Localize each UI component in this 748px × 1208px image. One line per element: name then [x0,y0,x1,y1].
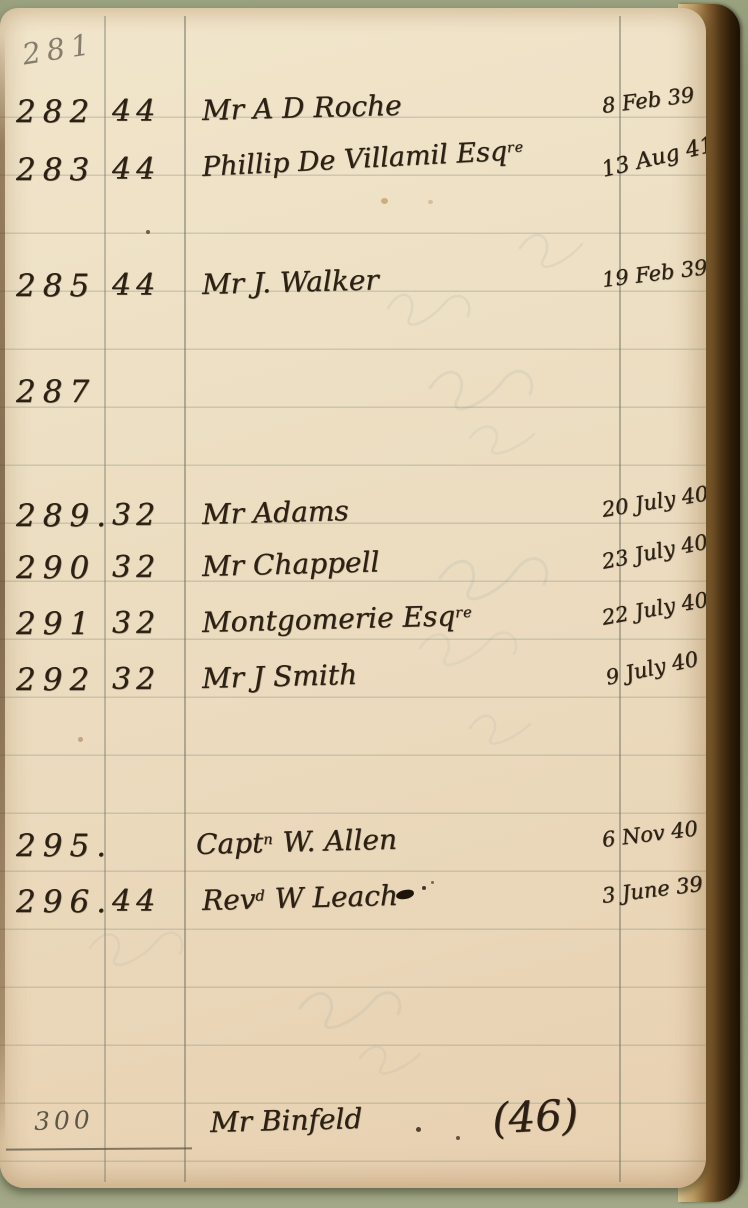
entry-name: Mr Chappell [202,545,380,583]
entry-number: 290 [16,550,96,586]
entry-name: Revd W Leach [202,879,399,917]
ledger-row-295: 295. Captn W. Allen 6 Nov 40 [0,828,706,886]
entry-number: 291 [16,606,96,642]
entry-number: 296. [16,884,113,920]
ledger-paper: 281 282 44 Mr A D Roche 8 Feb 39 283 44 … [0,8,706,1188]
entry-name: Mr J. Walker [202,263,380,301]
entry-number: 295. [16,828,113,864]
entry-name: Mr J Smith [202,658,358,695]
ink-speck [146,230,150,234]
entry-number-pencil: 300 [34,1105,95,1136]
entry-number: 282 [16,94,96,130]
ledger-row-291: 291 32 Montgomerie Esqre 22 July 40 [0,606,706,664]
entry-col2: 32 [112,662,160,697]
entry-col2: 32 [112,550,160,585]
ledger-row-296: 296. 44 Revd W Leach 3 June 39 [0,884,706,942]
ledger-row-290: 290 32 Mr Chappell 23 July 40 [0,550,706,608]
entry-number: 287 [16,374,96,410]
entry-name: Mr Binfeld [210,1102,363,1139]
ledger-row-300: 300 Mr Binfeld [0,1106,706,1164]
bottom-annotation: (46) [491,1090,580,1143]
ledger-row-283: 283 44 Phillip De Villamil Esqre 13 Aug … [0,152,706,210]
scanned-ledger-page: 281 282 44 Mr A D Roche 8 Feb 39 283 44 … [0,0,748,1208]
entry-number: 285 [16,268,96,304]
entry-name: Mr Adams [202,494,350,531]
ledger-row-287: 287 [0,374,706,432]
entry-col2: 44 [112,94,160,129]
paper-stain [78,737,83,742]
entry-col2: 32 [112,606,160,641]
entry-name: Captn W. Allen [196,823,398,861]
entry-number: 289. [16,498,113,534]
entry-col2: 32 [112,498,160,533]
entry-number: 292 [16,662,96,698]
ledger-row-281: 281 [0,32,706,90]
entry-col2: 44 [112,152,160,187]
ledger-row-285: 285 44 Mr J. Walker 19 Feb 39 [0,268,706,326]
entry-number: 283 [16,152,96,188]
entry-name: Montgomerie Esqre [202,599,474,639]
entry-number-pencil: 281 [20,26,98,71]
entry-name: Mr A D Roche [202,89,402,127]
entry-col2: 44 [112,268,160,303]
entry-col2: 44 [112,884,160,919]
ledger-row-292: 292 32 Mr J Smith 9 July 40 [0,662,706,720]
